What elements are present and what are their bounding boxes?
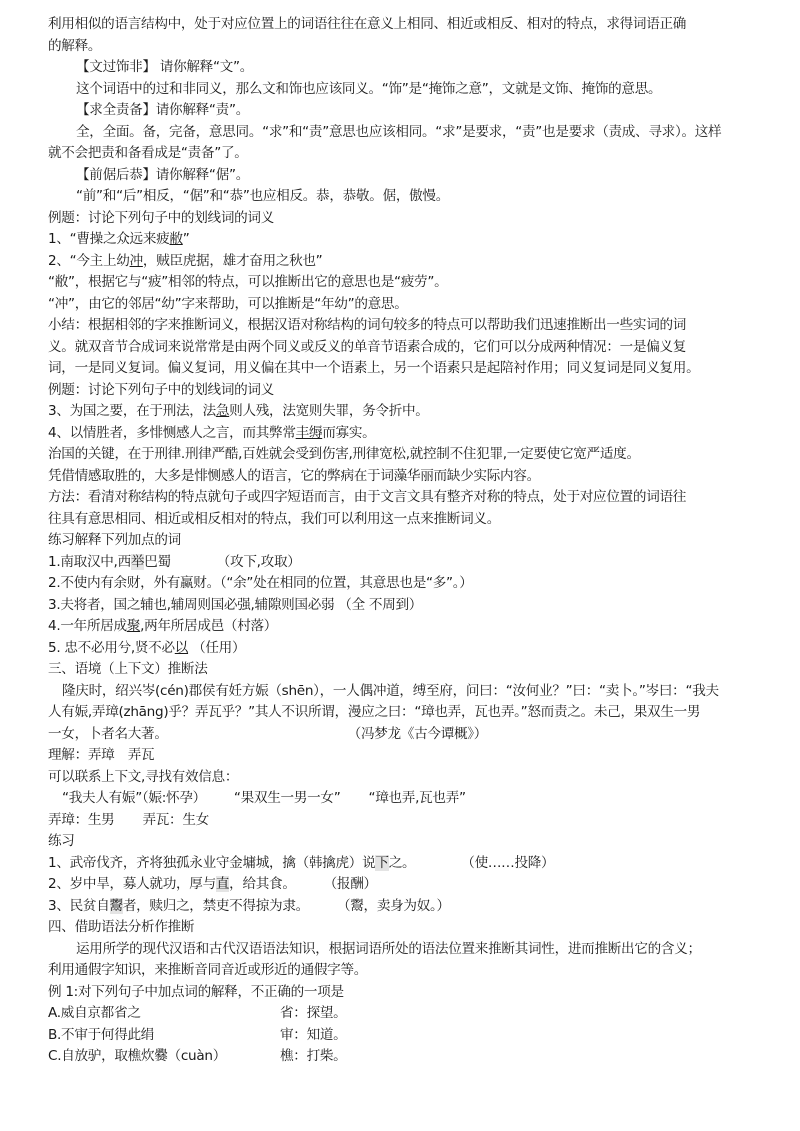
practice-item: 3、民贫自鬻者，赎归之，禁吏不得掠为隶。（鬻，卖身为奴。）: [48, 896, 786, 918]
option-row: B.不审于何得此绢审：知道。: [48, 1025, 786, 1047]
practice-item: 1、武帝伐齐，齐将独孤永业守金墉城，擒（韩擒虎）说下之。（使……投降）: [48, 853, 786, 875]
practice-item: 1.南取汉中,西举巴蜀（攻下,攻取）: [48, 552, 786, 574]
method-line: 往具有意思相同、相近或相反相对的特点，我们可以利用这一点来推断词义。: [48, 509, 786, 531]
practice-item: 2、岁中旱，募人就功，厚与直，给其食。（报酬）: [48, 874, 786, 896]
intro-line: 的解释。: [48, 36, 786, 58]
answer-line: 凭借情感取胜的，大多是悱恻感人的语言，它的弊病在于词藻华丽而缺少实际内容。: [48, 466, 786, 488]
method-line: 方法：看清对称结构的特点就句子或四字短语而言，由于文言文具有整齐对称的特点，处于…: [48, 487, 786, 509]
example-body: “前”和“后”相反，“倨”和“恭”也应相反。恭，恭敬。倨，傲慢。: [48, 186, 786, 208]
example-body: 全，全面。备，完备，意思同。“求”和“责”意思也应该相同。“求”是要求，“责”也…: [48, 122, 786, 144]
answer-line: 治国的关键，在于刑律.刑律严酷,百姓就会受到伤害,刑律宽松,就控制不住犯罪,一定…: [48, 444, 786, 466]
question-heading: 例题：讨论下列句子中的划线词的词义: [48, 380, 786, 402]
question-item: 1、“曹操之众远来疲敝”: [48, 229, 786, 251]
example-body: 这个词语中的过和非同义，那么文和饰也应该同义。“饰”是“掩饰之意”，文就是文饰、…: [48, 79, 786, 101]
summary-line: 义。就双音节合成词来说常常是由两个同义或反义的单音节语素合成的，它们可以分成两种…: [48, 337, 786, 359]
example-heading: 【文过饰非】 请你解释“文”。: [48, 57, 786, 79]
example-body: 就不会把责和备看成是“责备”了。: [48, 143, 786, 165]
answer-line: “敝”，根据它与“疲”相邻的特点，可以推断出它的意思也是“疲劳”。: [48, 272, 786, 294]
clue-line: “我夫人有娠”（娠:怀孕）“果双生一男一女”“璋也弄,瓦也弄”: [48, 788, 786, 810]
question-item: 3、为国之要，在于刑法，法急则人残，法宽则失罪，务令折中。: [48, 401, 786, 423]
section-heading: 三、语境（上下文）推断法: [48, 659, 786, 681]
question-heading: 例题：讨论下列句子中的划线词的词义: [48, 208, 786, 230]
answer-line: 弄璋：生男弄瓦：生女: [48, 810, 786, 832]
story-line: 人有娠,弄璋(zhāng)乎？弄瓦乎？”其人不识所谓，漫应之曰：“璋也弄，瓦也弄…: [48, 702, 786, 724]
practice-heading: 练习: [48, 831, 786, 853]
practice-item: 3.夫将者，国之辅也,辅周则国必强,辅隙则国必弱 （全 不周到）: [48, 595, 786, 617]
option-row: A.威自京都省之省：探望。: [48, 1003, 786, 1025]
question-item: 2、“今主上幼冲，贼臣虎据，雄才奋用之秋也”: [48, 251, 786, 273]
section-body: 运用所学的现代汉语和古代汉语语法知识，根据词语所处的语法位置来推断其词性，进而推…: [48, 939, 786, 961]
summary-line: 词，一是同义复词。偏义复词，用义偏在其中一个语素上，另一个语素只是起陪衬作用；同…: [48, 358, 786, 380]
section-heading: 四、借助语法分析作推断: [48, 917, 786, 939]
understand-line: 理解：弄璋 弄瓦: [48, 745, 786, 767]
practice-heading: 练习解释下列加点的词: [48, 530, 786, 552]
story-source: （冯梦龙《古今谭概》）: [348, 724, 487, 746]
intro-line: 利用相似的语言结构中，处于对应位置上的词语往往在意义上相同、相近或相反、相对的特…: [48, 14, 786, 36]
practice-item: 2.不使内有余财，外有赢财。（“余”处在相同的位置，其意思也是“多”。）: [48, 573, 786, 595]
answer-line: “冲”，由它的邻居“幼”字来帮助，可以推断是“年幼”的意思。: [48, 294, 786, 316]
option-row: C.自放驴，取樵炊爨（cuàn）樵：打柴。: [48, 1046, 786, 1068]
practice-item: 4.一年所居成聚,两年所居成邑（村落）: [48, 616, 786, 638]
story-line: 一女，卜者名大著。（冯梦龙《古今谭概》）: [48, 724, 786, 746]
section-body: 利用通假字知识，来推断音同音近或形近的通假字等。: [48, 960, 786, 982]
story-line: 隆庆时，绍兴岑(cén)郡侯有妊方娠（shēn），一人偶冲道，缚至府，问曰：“汝…: [48, 681, 786, 703]
hint-line: 可以联系上下文,寻找有效信息：: [48, 767, 786, 789]
example-heading: 例 1:对下列句子中加点词的解释，不正确的一项是: [48, 982, 786, 1004]
question-item: 4、以情胜者，多悱恻感人之言，而其弊常丰缛而寡实。: [48, 423, 786, 445]
practice-item: 5. 忠不必用兮,贤不必以 （任用）: [48, 638, 786, 660]
example-heading: 【前倨后恭】请你解释“倨”。: [48, 165, 786, 187]
document-page: 利用相似的语言结构中，处于对应位置上的词语往往在意义上相同、相近或相反、相对的特…: [48, 14, 786, 1068]
example-heading: 【求全责备】请你解释“责”。: [48, 100, 786, 122]
summary-line: 小结：根据相邻的字来推断词义，根据汉语对称结构的词句较多的特点可以帮助我们迅速推…: [48, 315, 786, 337]
